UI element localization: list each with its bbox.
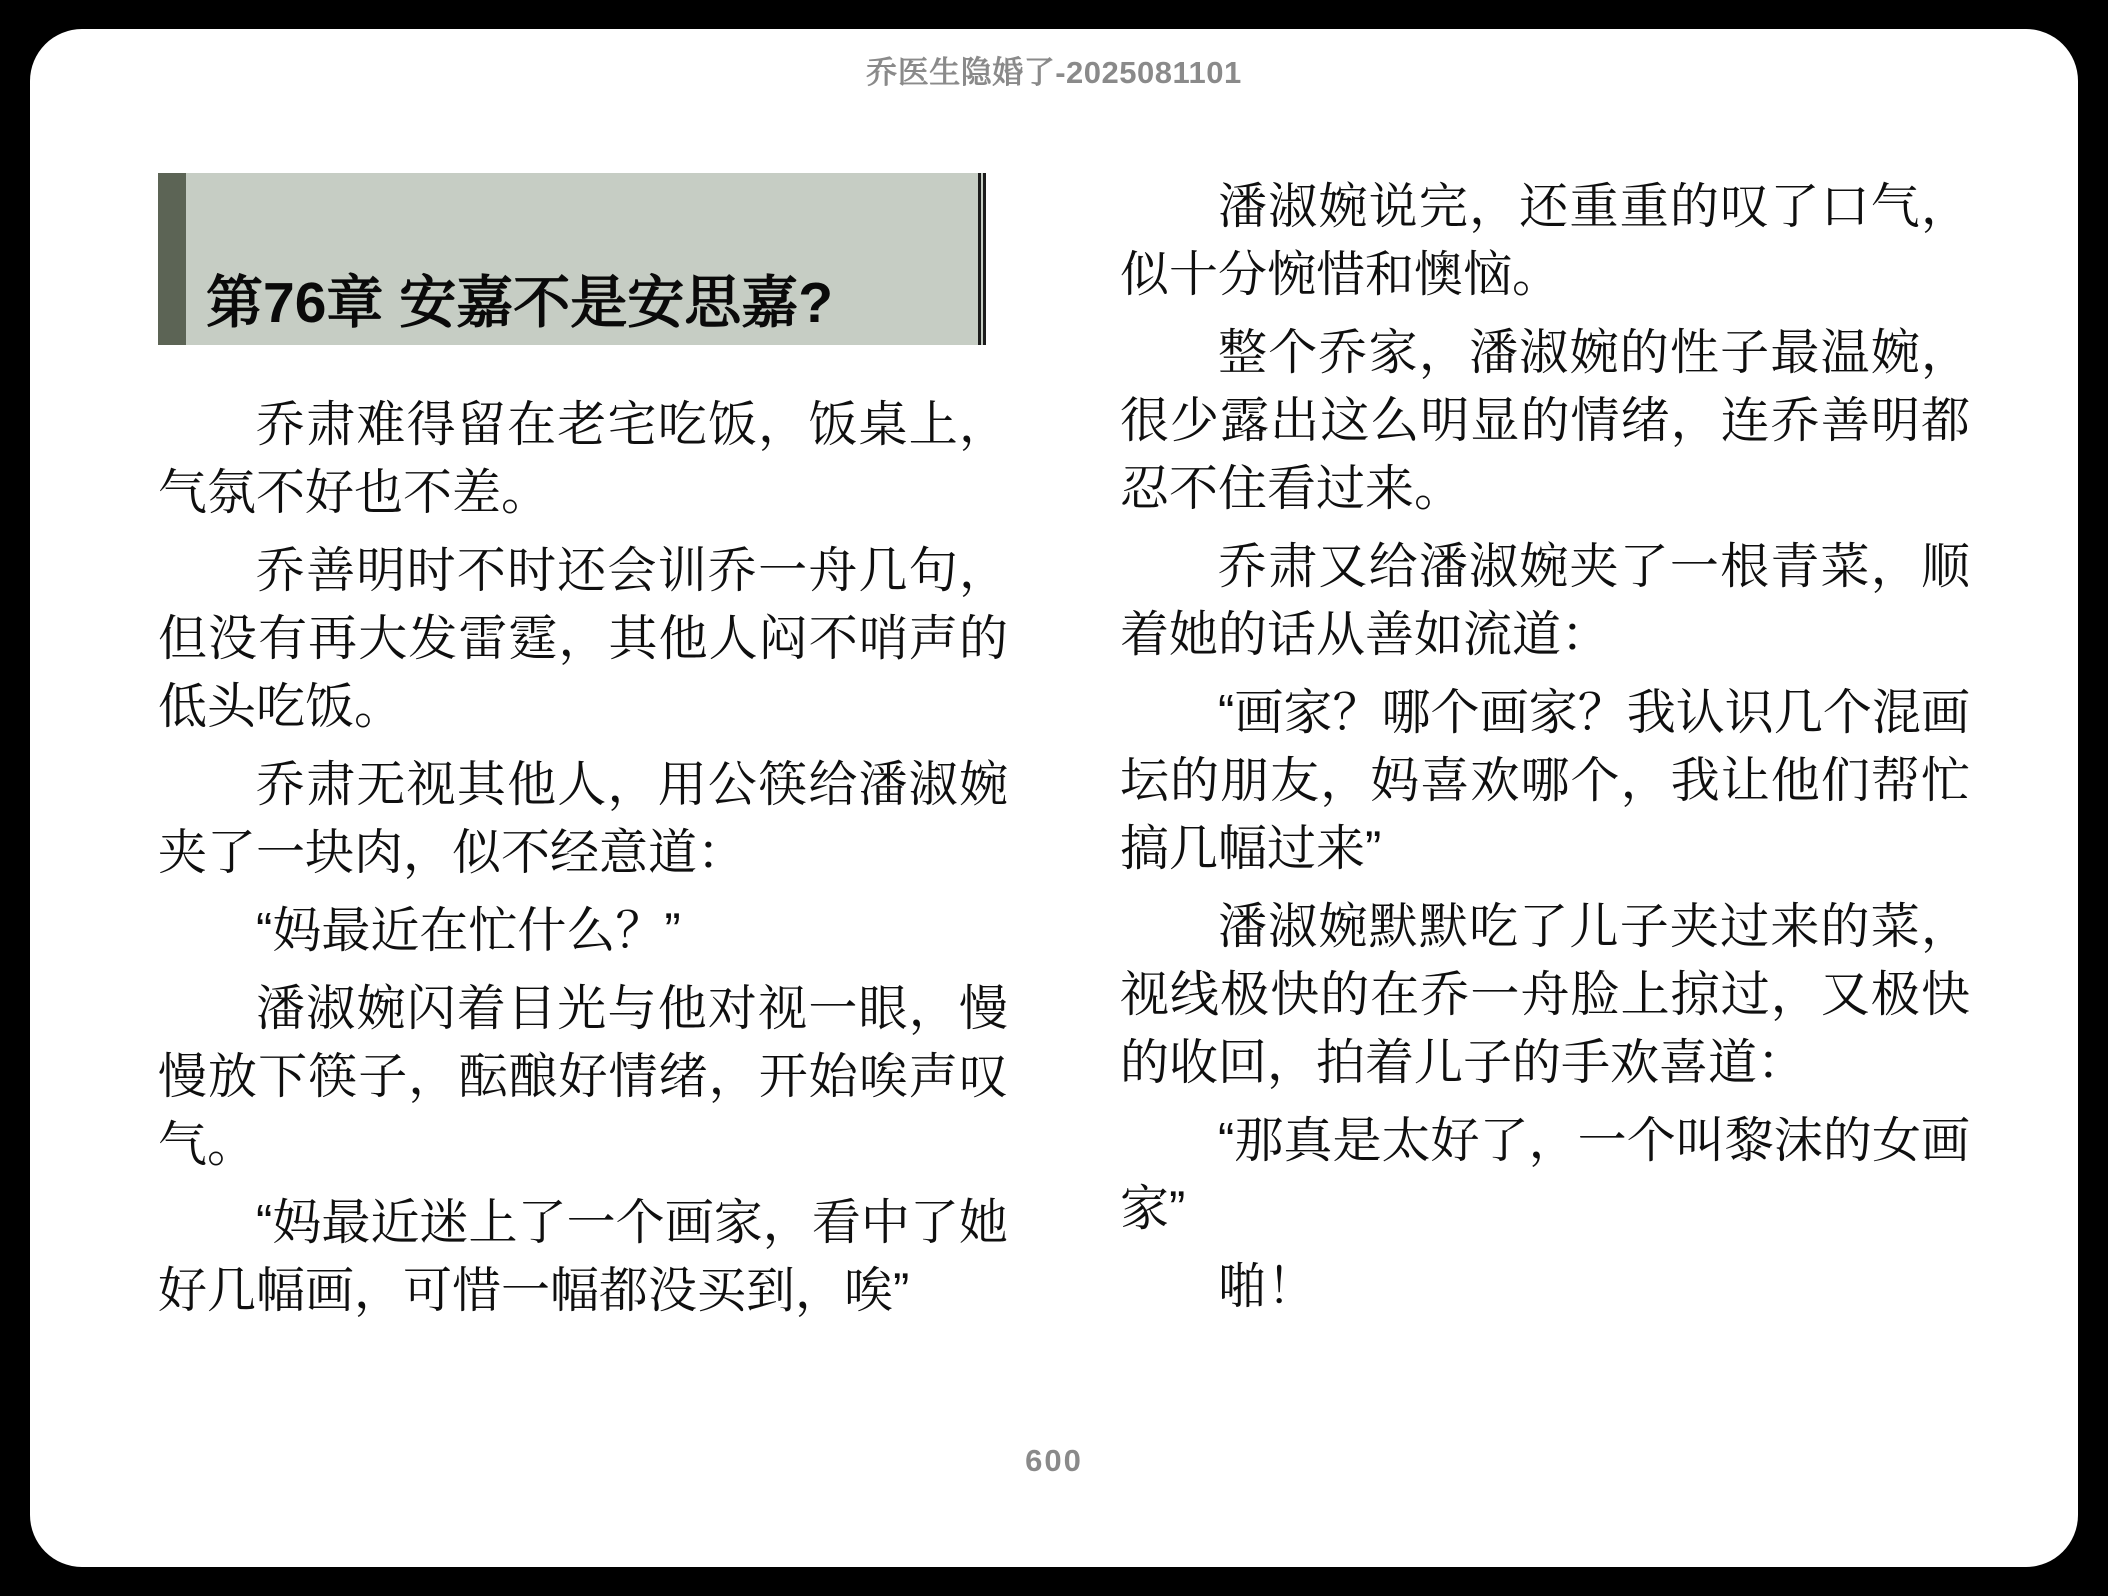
paragraph: 潘淑婉闪着目光与他对视一眼，慢慢放下筷子，酝酿好情绪，开始唉声叹气。 — [158, 975, 1008, 1179]
paragraph: 啪！ — [1120, 1253, 1970, 1321]
reader-page[interactable]: 乔医生隐婚了-2025081101 第76章 安嘉不是安思嘉? 乔肃难得留在老宅… — [30, 29, 2078, 1567]
device-frame: 乔医生隐婚了-2025081101 第76章 安嘉不是安思嘉? 乔肃难得留在老宅… — [0, 0, 2108, 1596]
paragraph: 乔肃又给潘淑婉夹了一根青菜，顺着她的话从善如流道： — [1120, 533, 1970, 669]
text-column-right: 潘淑婉说完，还重重的叹了口气，似十分惋惜和懊恼。 整个乔家，潘淑婉的性子最温婉，… — [1120, 173, 1970, 1335]
paragraph: “画家？哪个画家？我认识几个混画坛的朋友，妈喜欢哪个，我让他们帮忙搞几幅过来” — [1120, 679, 1970, 883]
paragraph: “妈最近迷上了一个画家，看中了她好几幅画，可惜一幅都没买到，唉” — [158, 1189, 1008, 1325]
paragraph: 潘淑婉默默吃了儿子夹过来的菜，视线极快的在乔一舟脸上掠过，又极快的收回，拍着儿子… — [1120, 893, 1970, 1097]
page-content: 第76章 安嘉不是安思嘉? 乔肃难得留在老宅吃饭，饭桌上，气氛不好也不差。 乔善… — [158, 173, 1970, 1335]
book-title: 乔医生隐婚了-2025081101 — [30, 47, 2078, 92]
text-column-left: 第76章 安嘉不是安思嘉? 乔肃难得留在老宅吃饭，饭桌上，气氛不好也不差。 乔善… — [158, 173, 1008, 1335]
paragraph: “妈最近在忙什么？” — [158, 897, 1008, 965]
paragraph: 乔肃无视其他人，用公筷给潘淑婉夹了一块肉，似不经意道： — [158, 751, 1008, 887]
paragraph: 潘淑婉说完，还重重的叹了口气，似十分惋惜和懊恼。 — [1120, 173, 1970, 309]
page-number: 600 — [30, 1443, 2078, 1479]
chapter-heading: 第76章 安嘉不是安思嘉? — [158, 173, 986, 345]
paragraph: “那真是太好了，一个叫黎沫的女画家” — [1120, 1107, 1970, 1243]
paragraph: 整个乔家，潘淑婉的性子最温婉，很少露出这么明显的情绪，连乔善明都忍不住看过来。 — [1120, 319, 1970, 523]
paragraph: 乔善明时不时还会训乔一舟几句，但没有再大发雷霆，其他人闷不哨声的低头吃饭。 — [158, 537, 1008, 741]
chapter-title: 第76章 安嘉不是安思嘉? — [206, 272, 833, 335]
chapter-accent-bar — [158, 173, 186, 345]
paragraph: 乔肃难得留在老宅吃饭，饭桌上，气氛不好也不差。 — [158, 391, 1008, 527]
